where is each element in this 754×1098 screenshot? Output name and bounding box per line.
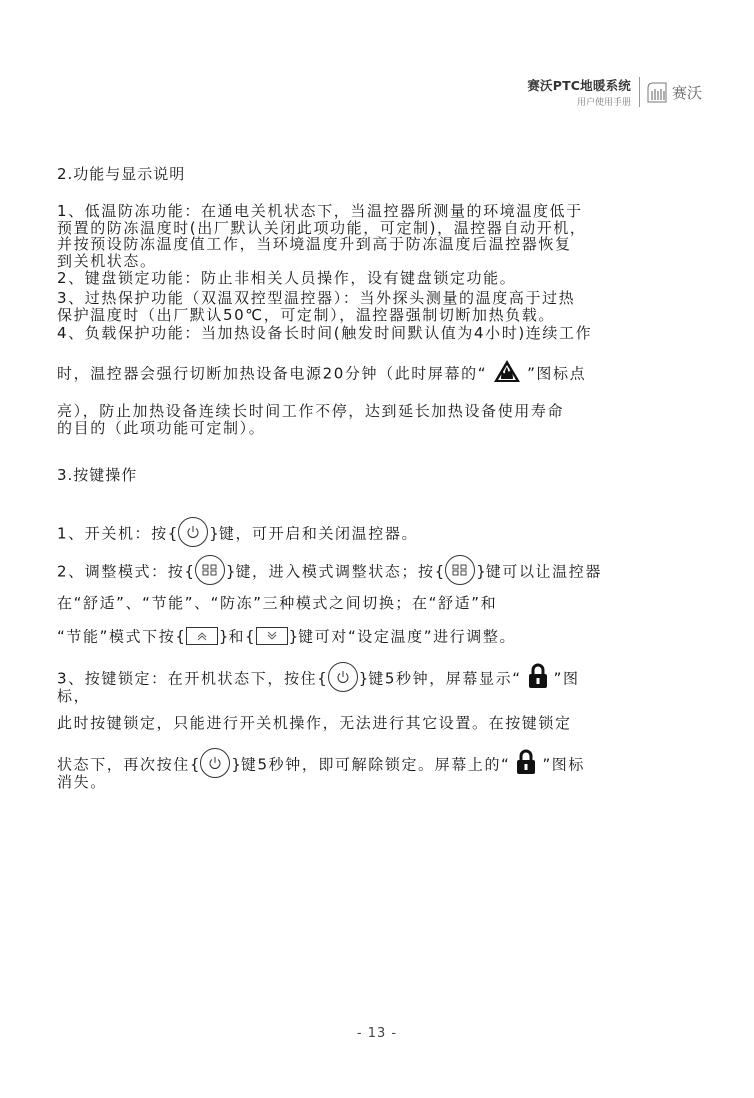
logo-text: 赛沃 (672, 82, 702, 103)
lock-icon (516, 749, 536, 775)
paragraph-power: 1、开关机：按{}键，可开启和关闭温控器。 (57, 519, 418, 549)
text-line: 1、低温防冻功能：在通电关机状态下，当温控器所测量的环境温度低于 (57, 203, 587, 220)
brace: } (476, 563, 486, 581)
text-line: 亮），防止加热设备连续长时间工作不停，达到延长加热设备使用寿命 (57, 403, 564, 420)
text-segment: 键5秒钟，即可解除锁定。屏幕上的“ (241, 756, 511, 774)
brace: { (190, 756, 200, 774)
power-key-icon (178, 517, 208, 547)
paragraph-lock-line3: 状态下，再次按住{}键5秒钟，即可解除锁定。屏幕上的“”图标 消失。 (57, 750, 585, 790)
header-text: 赛沃PTC地暖系统 用户使用手册 (527, 76, 631, 108)
text-segment: 键，进入模式调整状态；按 (235, 563, 434, 581)
brace: { (175, 628, 185, 646)
text-line: 保护温度时（出厂默认50℃，可定制），温控器强制切断加热负载。 (57, 307, 575, 324)
text-segment: ”图 (554, 670, 580, 688)
text-line: 并按预设防冻温度值工作，当环境温度升到高于防冻温度后温控器恢复 (57, 236, 587, 253)
text-segment: 键可对“设定温度”进行调整。 (298, 628, 516, 646)
paragraph-keyboard-lock: 2、键盘锁定功能：防止非相关人员操作，设有键盘锁定功能。 (57, 270, 516, 286)
brace: } (219, 628, 229, 646)
header-divider (639, 77, 640, 107)
brand-logo: 赛沃 (645, 80, 702, 104)
down-key-icon (256, 627, 288, 645)
section-title-functions: 2.功能与显示说明 (57, 166, 185, 182)
paragraph-lock-line1: 3、按键锁定：在开机状态下，按住{}键5秒钟，屏幕显示“”图 标， (57, 664, 580, 704)
power-key-icon (328, 662, 358, 692)
text-segment: 时，温控器会强行切断加热设备电源20分钟（此时屏幕的“ (57, 365, 487, 383)
paragraph-load-protect-line2: 时，温控器会强行切断加热设备电源20分钟（此时屏幕的“”图标点 (57, 362, 586, 386)
paragraph-mode-line2: 在“舒适”、“节能”、“防冻”三种模式之间切换；在“舒适”和 (57, 595, 497, 611)
brace: { (317, 670, 327, 688)
text-segment: 键，可开启和关闭温控器。 (219, 525, 418, 543)
manual-subtitle: 用户使用手册 (527, 95, 631, 108)
mode-key-icon (445, 555, 475, 585)
paragraph-lock-line2: 此时按键锁定，只能进行开关机操作，无法进行其它设置。在按键锁定 (57, 715, 572, 731)
overheat-warning-icon (493, 359, 521, 383)
brace: { (245, 628, 255, 646)
up-key-icon (186, 627, 218, 645)
brace: } (359, 670, 369, 688)
text-segment: 键可以让温控器 (486, 563, 602, 581)
text-line: 到关机状态。 (57, 253, 587, 270)
text-segment: 和 (228, 628, 245, 646)
text-segment: ”图标点 (527, 365, 586, 383)
text-segment: 键5秒钟，屏幕显示“ (368, 670, 521, 688)
mode-key-icon (195, 555, 225, 585)
power-key-icon (200, 748, 230, 778)
paragraph-mode-line3: “节能”模式下按{}和{}键可对“设定温度”进行调整。 (57, 628, 516, 646)
brace: } (209, 525, 219, 543)
text-line: 消失。 (57, 774, 585, 790)
section-title-buttons: 3.按键操作 (57, 467, 137, 483)
brace: { (184, 563, 194, 581)
text-segment: ”图标 (542, 756, 585, 774)
text-line: 的目的（此项功能可定制）。 (57, 420, 564, 437)
text-segment: 状态下，再次按住 (57, 756, 190, 774)
text-line: 标， (57, 688, 580, 704)
brace: } (289, 628, 299, 646)
text-segment: 3、按键锁定：在开机状态下，按住 (57, 670, 317, 688)
brace: { (435, 563, 445, 581)
lock-icon (528, 663, 548, 689)
text-segment: 2、调整模式：按 (57, 563, 184, 581)
text-segment: 1、开关机：按 (57, 525, 168, 543)
house-logo-icon (645, 80, 669, 104)
text-line: 3、过热保护功能（双温双控型温控器）：当外探头测量的温度高于过热 (57, 290, 575, 307)
brace: } (231, 756, 241, 774)
paragraph-mode-line1: 2、调整模式：按{}键，进入模式调整状态；按{}键可以让温控器 (57, 557, 602, 587)
text-segment: “节能”模式下按 (57, 628, 175, 646)
paragraph-load-protect-end: 亮），防止加热设备连续长时间工作不停，达到延长加热设备使用寿命 的目的（此项功能… (57, 403, 564, 436)
brace: { (168, 525, 178, 543)
page-header: 赛沃PTC地暖系统 用户使用手册 赛沃 (527, 76, 702, 108)
paragraph-antifreeze: 1、低温防冻功能：在通电关机状态下，当温控器所测量的环境温度低于 预置的防冻温度… (57, 203, 587, 269)
paragraph-load-protect-line1: 4、负载保护功能：当加热设备长时间(触发时间默认值为4小时)连续工作 (57, 325, 592, 341)
paragraph-overheat: 3、过热保护功能（双温双控型温控器）：当外探头测量的温度高于过热 保护温度时（出… (57, 290, 575, 323)
page-number: - 13 - (0, 1026, 754, 1041)
text-line: 预置的防冻温度时(出厂默认关闭此项功能，可定制)，温控器自动开机， (57, 220, 587, 237)
manual-title: 赛沃PTC地暖系统 (527, 76, 631, 94)
